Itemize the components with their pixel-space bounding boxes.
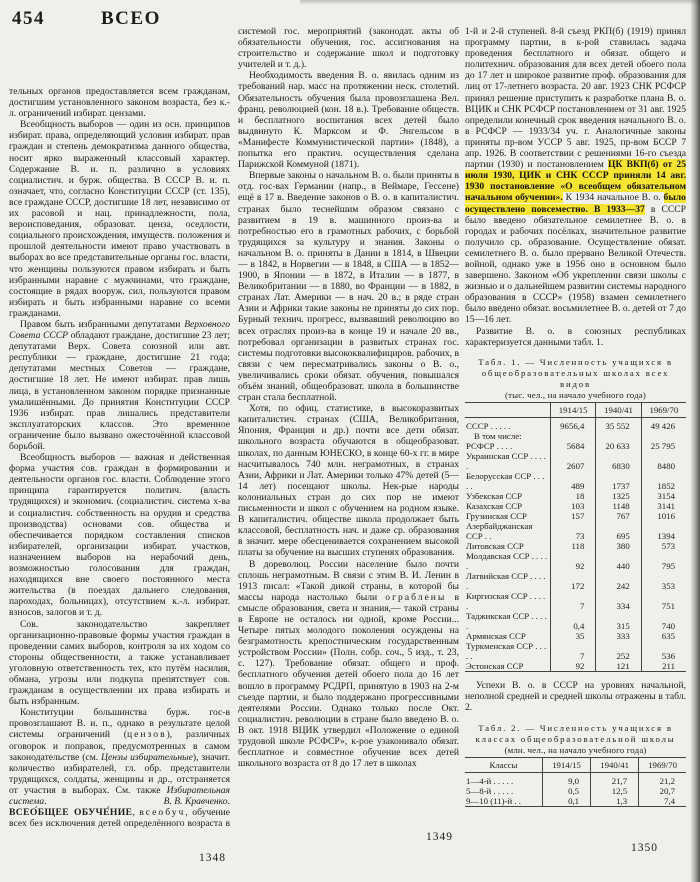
- running-head-section: ВСЕО: [101, 8, 161, 30]
- row-label: Казахская ССР: [465, 501, 551, 511]
- cell-value: 795: [641, 551, 686, 571]
- cell-value: 7,4: [639, 796, 686, 807]
- scan-edge-top: [300, 0, 700, 5]
- paragraph: Правом быть избранными депутатами Верхов…: [9, 319, 230, 452]
- cell-value: 242: [596, 571, 641, 591]
- cell-value: [596, 431, 641, 441]
- row-label: В том числе:: [465, 431, 551, 441]
- encyclopedia-page-scan: 454 ВСЕО тельных органов предоставляется…: [0, 0, 700, 882]
- table-1-subtitle: (тыс. чел., на начало учебного года): [465, 390, 686, 401]
- cell-value: 3154: [641, 491, 686, 501]
- table-row: Армянская ССР35333635: [465, 631, 686, 641]
- year-header: 1940/41: [591, 758, 639, 773]
- cell-value: 9656,4: [551, 418, 596, 432]
- cell-value: 1852: [641, 471, 686, 491]
- text-run: .: [44, 796, 46, 807]
- italic-term: Цензы избирательные: [101, 752, 193, 763]
- cell-value: 35 552: [596, 418, 641, 432]
- spaced-term: всеобуч: [139, 807, 185, 818]
- table-row: Киргизская ССР . . . . .7334751: [465, 591, 686, 611]
- cell-value: 121: [596, 661, 641, 672]
- table-row: Молдавская ССР . . . . .92440795: [465, 551, 686, 571]
- cell-value: 12,5: [591, 786, 639, 796]
- row-label: Таджикская ССР . . . . .: [465, 611, 551, 631]
- table-row: РСФСР . . . .568420 63325 795: [465, 441, 686, 451]
- spaced-term: цензов: [127, 729, 167, 740]
- row-label: РСФСР . . . .: [465, 441, 551, 451]
- cell-value: 20,7: [639, 786, 686, 796]
- table-row: 9—10 (11)-й . .0,11,37,4: [465, 796, 686, 807]
- cell-value: 25 795: [641, 441, 686, 451]
- row-label: 9—10 (11)-й . .: [465, 796, 543, 807]
- table-row: Белорусская ССР . . . . .48917371852: [465, 471, 686, 491]
- row-label: Туркменская ССР . . . . .: [465, 641, 551, 661]
- paragraph: Развитие В. о. в союзных республиках хар…: [465, 326, 686, 348]
- article-headword: ВСЕО́БЩЕЕ ОБУЧЕ́НИЕ: [9, 807, 132, 818]
- paragraph: Необходимость введения В. о. явилась одн…: [238, 70, 459, 170]
- paragraph: Всеобщность выборов — один из осн. принц…: [9, 119, 230, 319]
- row-label: 5—8-й . . . . .: [465, 786, 543, 796]
- cell-value: 2607: [551, 451, 596, 471]
- row-label: Литовская ССР: [465, 541, 551, 551]
- cell-value: 380: [596, 541, 641, 551]
- cell-value: 333: [596, 631, 641, 641]
- paragraph: Хотя, по офиц. статистике, в высокоразви…: [238, 403, 459, 558]
- text-run: Правом быть избранными депутатами: [20, 319, 184, 330]
- table-row: Туркменская ССР . . . . .7252536: [465, 641, 686, 661]
- author-signature: В. В. Кравченко.: [153, 796, 230, 807]
- article-entry: ВСЕО́БЩЕЕ ОБУЧЕ́НИЕ, всеобуч, обучение в…: [9, 807, 230, 828]
- paragraph: 1-й и 2-й ступеней. 8-й съезд РКП(б) (19…: [465, 26, 686, 326]
- cell-value: 0,5: [543, 786, 591, 796]
- year-header: 1940/41: [596, 403, 641, 418]
- cell-value: 7: [551, 641, 596, 661]
- cell-value: 7: [551, 591, 596, 611]
- cell-value: 157: [551, 511, 596, 521]
- year-header: 1969/70: [641, 403, 686, 418]
- table-2-subtitle: (млн. чел., на начало учебного года): [465, 745, 686, 756]
- cell-value: 35: [551, 631, 596, 641]
- scan-edge-right: [690, 0, 700, 882]
- table-2-header-row: Классы 1914/15 1940/41 1969/70: [465, 758, 686, 773]
- cell-value: 1325: [596, 491, 641, 501]
- running-head-page-number: 454: [12, 8, 45, 30]
- cell-value: 1394: [641, 521, 686, 541]
- cell-value: 489: [551, 471, 596, 491]
- paragraph: Сов. законодательство закрепляет организ…: [9, 619, 230, 708]
- year-header: 1969/70: [639, 758, 686, 773]
- cell-value: 8480: [641, 451, 686, 471]
- table-row: Украинская ССР . . . . .260768308480: [465, 451, 686, 471]
- table-1-header-row: 1914/15 1940/41 1969/70: [465, 403, 686, 418]
- table-row: В том числе:: [465, 431, 686, 441]
- cell-value: 252: [596, 641, 641, 661]
- row-label: Азербайджанская ССР . .: [465, 521, 551, 541]
- table-row: 5—8-й . . . . .0,512,520,7: [465, 786, 686, 796]
- cell-value: [641, 431, 686, 441]
- cell-value: 21,7: [591, 773, 639, 787]
- running-head: 454 ВСЕО: [12, 8, 161, 30]
- cell-value: 92: [551, 551, 596, 571]
- cell-value: [551, 431, 596, 441]
- cell-value: 5684: [551, 441, 596, 451]
- cell-value: 1148: [596, 501, 641, 511]
- text-run: в СССР было введено обязательное семилет…: [465, 204, 686, 326]
- cell-value: 635: [641, 631, 686, 641]
- text-run: К 1934 начальное В. о.: [563, 192, 664, 203]
- cell-value: 20 633: [596, 441, 641, 451]
- row-label: Латвийская ССР . . . . .: [465, 571, 551, 591]
- table-2-title: Табл. 2. — Численность учащихся в класса…: [465, 723, 686, 745]
- cell-value: 118: [551, 541, 596, 551]
- text-run: 1-й и 2-й ступеней. 8-й съезд РКП(б) (19…: [465, 26, 686, 170]
- cell-value: 440: [596, 551, 641, 571]
- table-row: Азербайджанская ССР . .736951394: [465, 521, 686, 541]
- table-row: Эстонская ССР92121211: [465, 661, 686, 672]
- cell-value: 3141: [641, 501, 686, 511]
- row-label: СССР . . . . .: [465, 418, 551, 432]
- cell-value: 103: [551, 501, 596, 511]
- cell-value: 751: [641, 591, 686, 611]
- cell-value: 315: [596, 611, 641, 631]
- row-label: Армянская ССР: [465, 631, 551, 641]
- table-row: Латвийская ССР . . . . .172242353: [465, 571, 686, 591]
- cell-value: 353: [641, 571, 686, 591]
- table-row: СССР . . . . .9656,435 55249 426: [465, 418, 686, 432]
- row-label: Украинская ССР . . . . .: [465, 451, 551, 471]
- folio-middle: 1349: [238, 831, 459, 843]
- column-right: 1-й и 2-й ступеней. 8-й съезд РКП(б) (19…: [465, 26, 686, 834]
- cell-value: 21,2: [639, 773, 686, 787]
- table-row: Таджикская ССР . . . . .0,4315740: [465, 611, 686, 631]
- cell-value: 0,4: [551, 611, 596, 631]
- table-row: Узбекская ССР1813253154: [465, 491, 686, 501]
- row-label: Эстонская ССР: [465, 661, 551, 672]
- row-label: Узбекская ССР: [465, 491, 551, 501]
- cell-value: 92: [551, 661, 596, 672]
- cell-value: 334: [596, 591, 641, 611]
- table-2: Классы 1914/15 1940/41 1969/70 1—4-й . .…: [465, 757, 686, 807]
- table-row: 1—4-й . . . . .9,021,721,2: [465, 773, 686, 787]
- cell-value: 18: [551, 491, 596, 501]
- cell-value: 740: [641, 611, 686, 631]
- table-row: Литовская ССР118380573: [465, 541, 686, 551]
- row-label: 1—4-й . . . . .: [465, 773, 543, 787]
- cell-value: 573: [641, 541, 686, 551]
- paragraph: В дореволюц. России население было почти…: [238, 559, 459, 770]
- paragraph: Успехи В. о. в СССР на уровнях начальной…: [465, 680, 686, 713]
- year-header: 1914/15: [543, 758, 591, 773]
- row-label: Белорусская ССР . . . . .: [465, 471, 551, 491]
- cell-value: 211: [641, 661, 686, 672]
- text-run: обладают граждане, достигшие 23 лет; деп…: [9, 330, 230, 452]
- paragraph: системой гос. мероприятий (законодат. ак…: [238, 26, 459, 70]
- row-label: Молдавская ССР . . . . .: [465, 551, 551, 571]
- cell-value: 172: [551, 571, 596, 591]
- paragraph: Всеобщность выборов — важная и действенн…: [9, 452, 230, 618]
- row-label: Киргизская ССР . . . . .: [465, 591, 551, 611]
- cell-value: 0,1: [543, 796, 591, 807]
- paragraph: Впервые законы о начальном В. о. были пр…: [238, 170, 459, 403]
- table-row: Казахская ССР10311483141: [465, 501, 686, 511]
- cell-value: 767: [596, 511, 641, 521]
- folio-left: 1348: [9, 852, 230, 864]
- table-2-block: Табл. 2. — Численность учащихся в класса…: [465, 723, 686, 808]
- column-middle: системой гос. мероприятий (законодат. ак…: [238, 26, 459, 826]
- paragraph: Конституции большинства бурж. гос-в пров…: [9, 707, 230, 807]
- spaced-term: ограблены: [385, 592, 446, 603]
- row-label: Грузинская ССР: [465, 511, 551, 521]
- cell-value: 1016: [641, 511, 686, 521]
- cell-value: 6830: [596, 451, 641, 471]
- table-row: Грузинская ССР1577671016: [465, 511, 686, 521]
- classes-header: Классы: [465, 758, 543, 773]
- column-left: тельных органов предоставляется всем гра…: [9, 86, 230, 828]
- cell-value: 9,0: [543, 773, 591, 787]
- year-header: 1914/15: [551, 403, 596, 418]
- cell-value: 49 426: [641, 418, 686, 432]
- cell-value: 73: [551, 521, 596, 541]
- cell-value: 1737: [596, 471, 641, 491]
- table-1-corner-cell: [465, 403, 551, 418]
- cell-value: 536: [641, 641, 686, 661]
- cell-value: 1,3: [591, 796, 639, 807]
- paragraph: тельных органов предоставляется всем гра…: [9, 86, 230, 119]
- text-run: в смысле образования, света и знания,— т…: [238, 592, 459, 769]
- cell-value: 695: [596, 521, 641, 541]
- folio-right: 1350: [465, 842, 686, 854]
- table-1-title: Табл. 1. — Численность учащихся в общеоб…: [465, 357, 686, 390]
- table-1-block: Табл. 1. — Численность учащихся в общеоб…: [465, 357, 686, 673]
- table-1: 1914/15 1940/41 1969/70 СССР . . . . .96…: [465, 402, 686, 672]
